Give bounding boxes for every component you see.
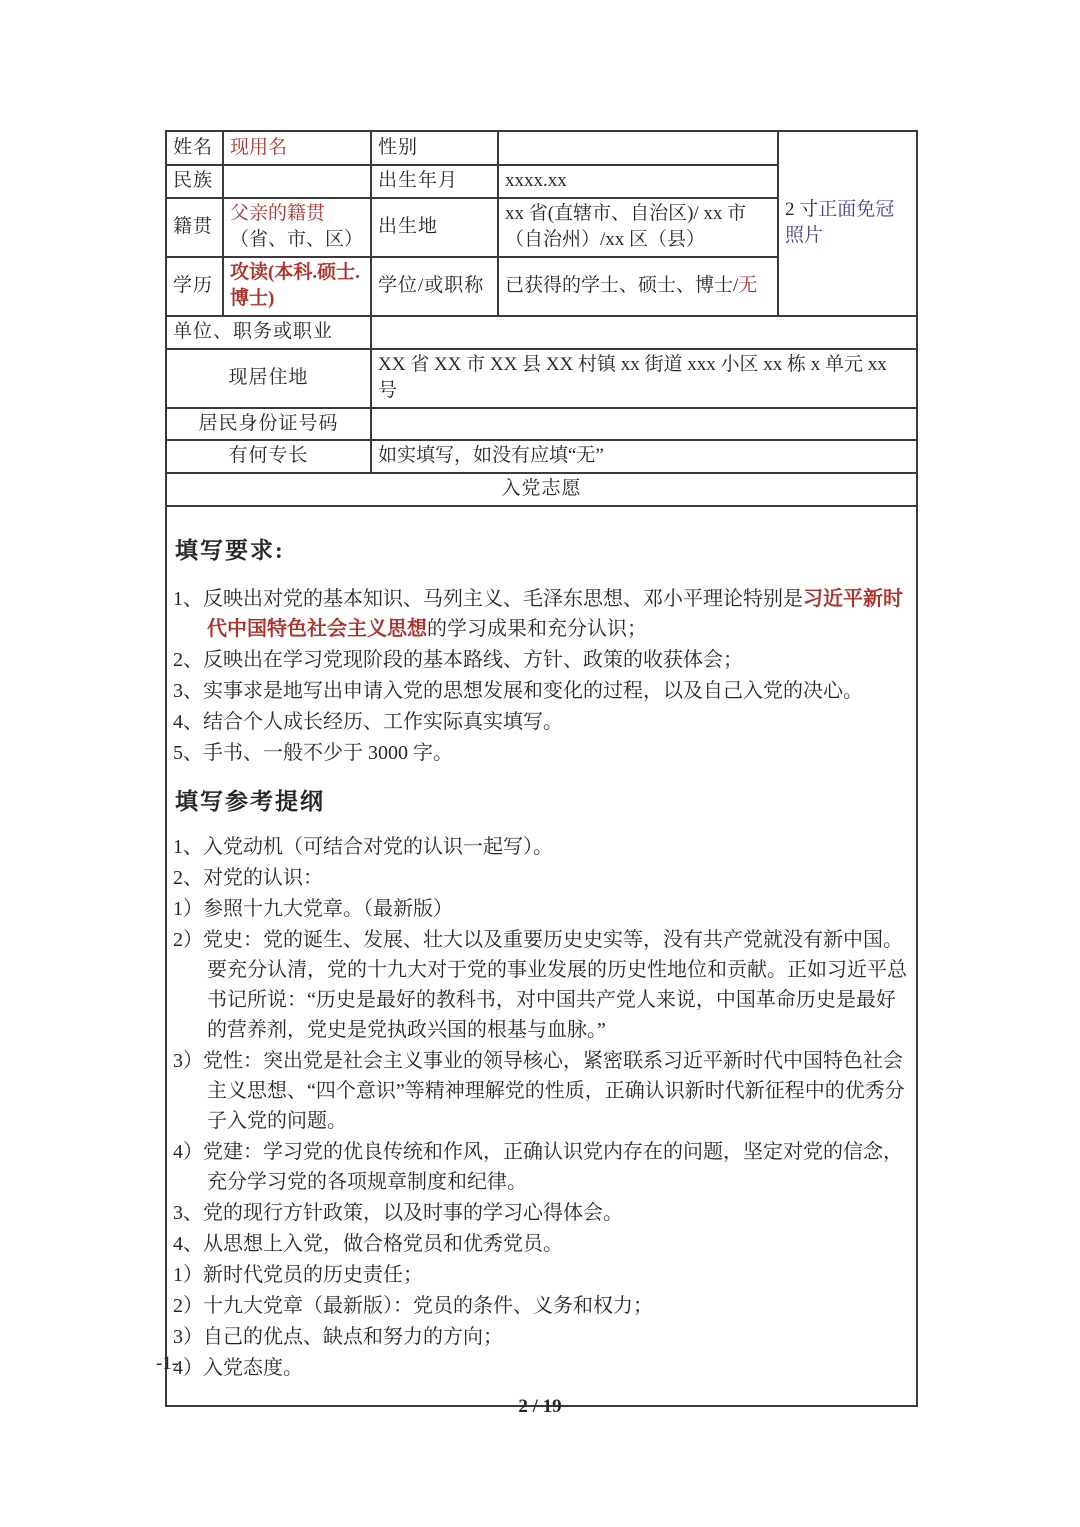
membership-form: 姓名 现用名 性别 2 寸正面免冠照片 民族 出生年月 xxxx.xx 籍贯 父… <box>165 130 916 1407</box>
specialty-value: 如实填写，如没有应填“无” <box>371 440 917 473</box>
requirement-item: 5、手书、一般不少于 3000 字。 <box>173 738 910 768</box>
birthdate-value: xxxx.xx <box>498 165 778 198</box>
outline-item: 3）自己的优点、缺点和努力的方向； <box>173 1322 910 1352</box>
birthplace-label: 出生地 <box>371 198 498 257</box>
requirements-heading: 填写要求: <box>175 535 910 567</box>
id-number-label: 居民身份证号码 <box>166 408 371 441</box>
native-place-value: 父亲的籍贯（省、市、区） <box>223 198 371 257</box>
specialty-label: 有何专长 <box>166 440 371 473</box>
page-indicator: 2 / 19 <box>0 1396 1080 1418</box>
degree-label: 学位/或职称 <box>371 257 498 316</box>
requirement-item: 2、反映出在学习党现阶段的基本路线、方针、政策的收获体会； <box>173 645 910 675</box>
native-place-label: 籍贯 <box>166 198 223 257</box>
name-value: 现用名 <box>223 131 371 165</box>
outline-item: 1、入党动机（可结合对党的认识一起写）。 <box>173 832 910 862</box>
outline-item: 3）党性：突出党是社会主义事业的领导核心，紧密联系习近平新时代中国特色社会主义思… <box>173 1046 910 1136</box>
requirement-item: 3、实事求是地写出申请入党的思想发展和变化的过程，以及自己入党的决心。 <box>173 676 910 706</box>
education-value: 攻读(本科.硕士.博士) <box>223 257 371 316</box>
outline-item: 3、党的现行方针政策，以及时事的学习心得体会。 <box>173 1198 910 1228</box>
outline-heading: 填写参考提纲 <box>175 786 910 818</box>
degree-value: 已获得的学士、硕士、博士/无 <box>498 257 778 316</box>
ethnicity-label: 民族 <box>166 165 223 198</box>
outline-item: 1）新时代党员的历史责任； <box>173 1260 910 1290</box>
outline-item: 4）党建：学习党的优良传统和作风，正确认识党内存在的问题，坚定对党的信念，充分学… <box>173 1137 910 1197</box>
education-label: 学历 <box>166 257 223 316</box>
gender-value <box>498 131 778 165</box>
residence-label: 现居住地 <box>166 349 371 408</box>
birthdate-label: 出生年月 <box>371 165 498 198</box>
outline-item: 2、对党的认识： <box>173 863 910 893</box>
instructions-cell: 填写要求: 1、反映出对党的基本知识、马列主义、毛泽东思想、邓小平理论特别是习近… <box>166 506 917 1406</box>
outline-item: 2）十九大党章（最新版）：党员的条件、义务和权力； <box>173 1291 910 1321</box>
residence-value: XX 省 XX 市 XX 县 XX 村镇 xx 街道 xxx 小区 xx 栋 x… <box>371 349 917 408</box>
outline-item: 1）参照十九大党章。（最新版） <box>173 894 910 924</box>
gender-label: 性别 <box>371 131 498 165</box>
requirement-item: 4、结合个人成长经历、工作实际真实填写。 <box>173 707 910 737</box>
requirement-item: 1、反映出对党的基本知识、马列主义、毛泽东思想、邓小平理论特别是习近平新时代中国… <box>173 584 910 644</box>
photo-placeholder: 2 寸正面免冠照片 <box>778 131 917 316</box>
page-corner-label: -1- <box>156 1353 178 1375</box>
birthplace-value: xx 省(直辖市、自治区)/ xx 市（自治州）/xx 区（县） <box>498 198 778 257</box>
outline-item: 4、从思想上入党，做合格党员和优秀党员。 <box>173 1229 910 1259</box>
ethnicity-value <box>223 165 371 198</box>
outline-item: 2）党史：党的诞生、发展、壮大以及重要历史史实等，没有共产党就没有新中国。要充分… <box>173 925 910 1045</box>
work-value <box>371 316 917 349</box>
outline-item: 4）入党态度。 <box>173 1353 910 1383</box>
name-label: 姓名 <box>166 131 223 165</box>
id-number-value <box>371 408 917 441</box>
work-label: 单位、职务或职业 <box>166 316 371 349</box>
section-title: 入党志愿 <box>166 473 917 506</box>
form-table: 姓名 现用名 性别 2 寸正面免冠照片 民族 出生年月 xxxx.xx 籍贯 父… <box>165 130 918 1407</box>
